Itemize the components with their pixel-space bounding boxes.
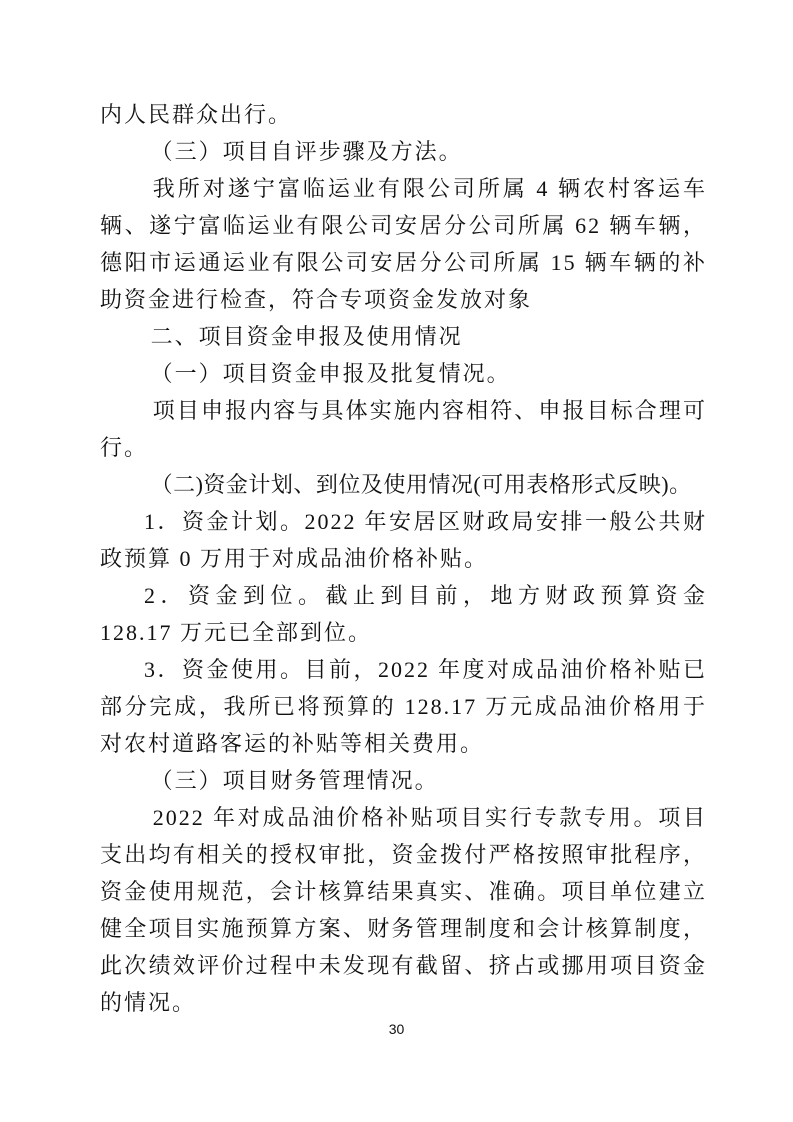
heading-self-eval-method: （三）项目自评步骤及方法。 <box>100 133 707 170</box>
item-fund-usage: 3．资金使用。目前，2022 年度对成品油价格补贴已部分完成，我所已将预算的 1… <box>100 651 707 762</box>
heading-financial-management: （三）项目财务管理情况。 <box>100 762 707 799</box>
paragraph-financial-management: 2022 年对成品油价格补贴项目实行专款专用。项目支出均有相关的授权审批，资金拨… <box>100 799 707 1021</box>
document-content: 内人民群众出行。 （三）项目自评步骤及方法。 我所对遂宁富临运业有限公司所属 4… <box>100 96 707 1021</box>
item-fund-plan: 1．资金计划。2022 年安居区财政局安排一般公共财政预算 0 万用于对成品油价… <box>100 503 707 577</box>
paragraph-inspection-scope: 我所对遂宁富临运业有限公司所属 4 辆农村客运车辆、遂宁富临运业有限公司安居分公… <box>100 170 707 318</box>
heading-section-2-fund-declaration: 二、项目资金申报及使用情况 <box>100 318 707 355</box>
page-number: 30 <box>0 1020 793 1038</box>
document-page: 内人民群众出行。 （三）项目自评步骤及方法。 我所对遂宁富临运业有限公司所属 4… <box>0 0 793 1122</box>
paragraph-continuation: 内人民群众出行。 <box>100 96 707 133</box>
item-fund-arrival: 2．资金到位。截止到目前，地方财政预算资金 128.17 万元已全部到位。 <box>100 577 707 651</box>
heading-fund-plan-arrival-usage: （二)资金计划、到位及使用情况(可用表格形式反映)。 <box>100 466 707 503</box>
heading-fund-declaration-approval: （一）项目资金申报及批复情况。 <box>100 355 707 392</box>
paragraph-declaration-consistency: 项目申报内容与具体实施内容相符、申报目标合理可行。 <box>100 392 707 466</box>
